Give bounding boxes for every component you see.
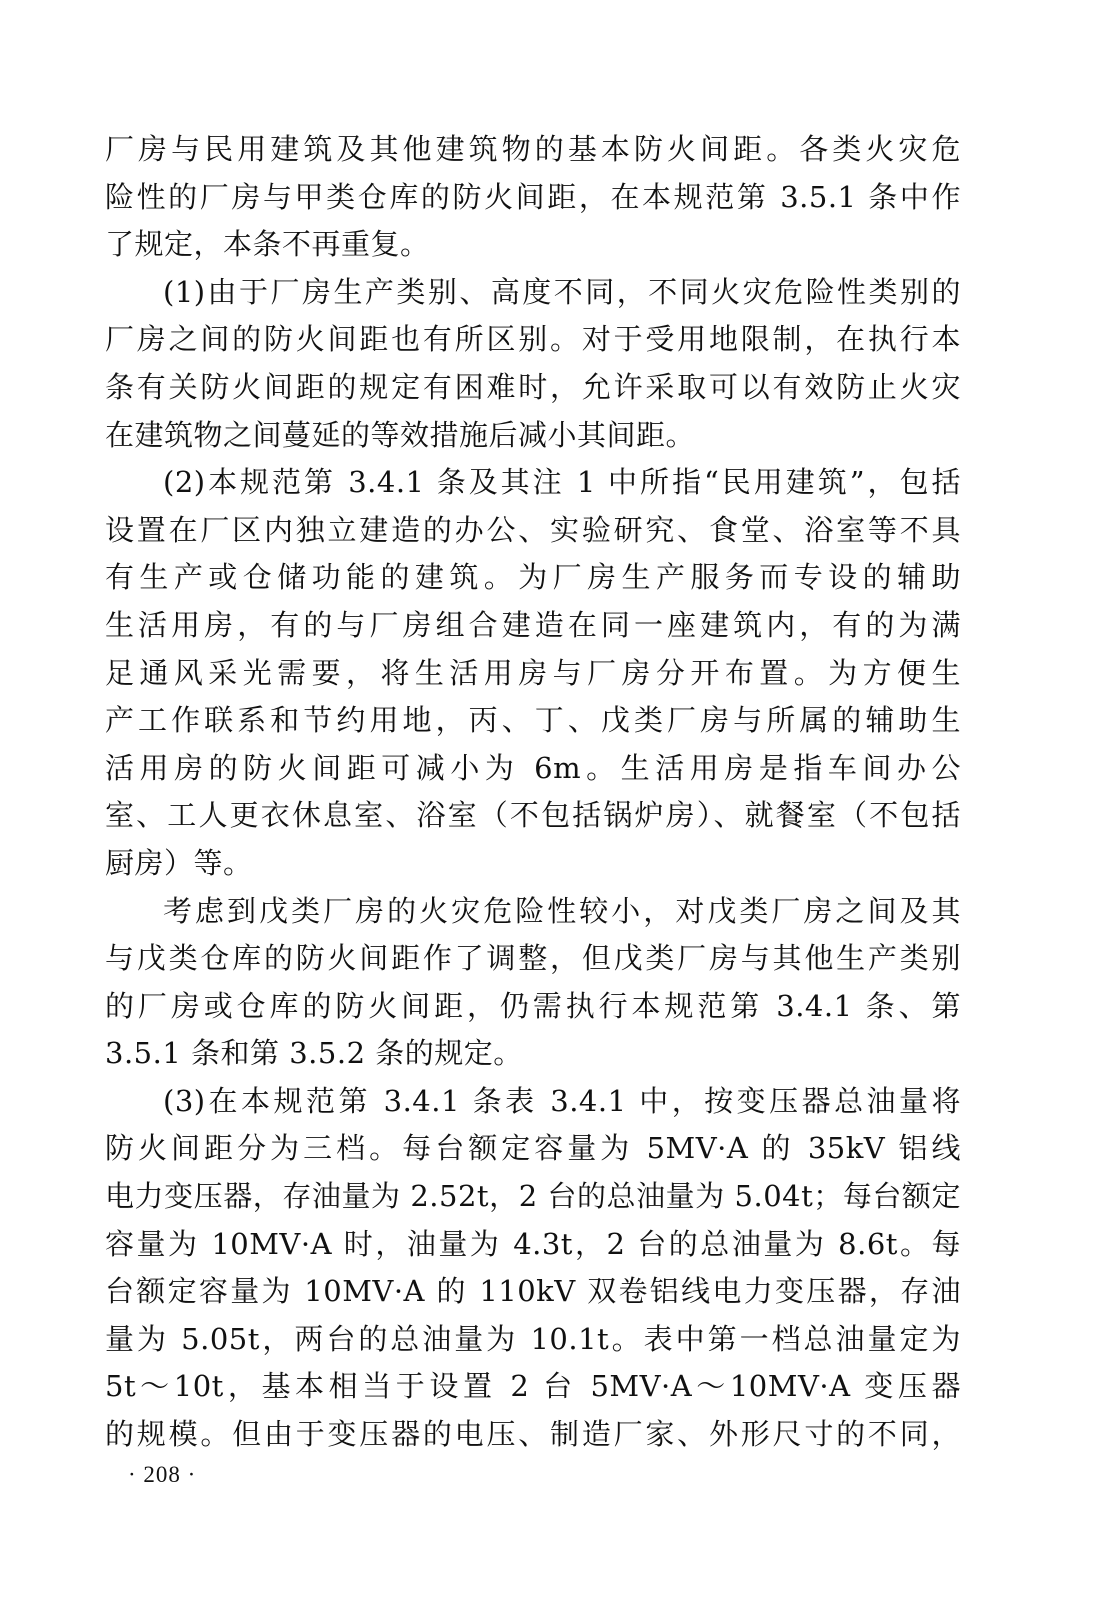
text-line: 险性的厂房与甲类仓库的防火间距，在本规范第 3.5.1 条中作	[105, 174, 961, 222]
text-line: 产工作联系和节约用地，丙、丁、戊类厂房与所属的辅助生	[105, 697, 961, 745]
text-line: 活用房的防火间距可减小为 6m。生活用房是指车间办公	[105, 745, 961, 793]
text-line: 室、工人更衣休息室、浴室（不包括锅炉房）、就餐室（不包括	[105, 792, 961, 840]
page-number: · 208 ·	[128, 1462, 196, 1488]
text-line: (1)由于厂房生产类别、高度不同，不同火灾危险性类别的	[105, 269, 961, 317]
text-line: 厂房与民用建筑及其他建筑物的基本防火间距。各类火灾危	[105, 126, 961, 174]
text-line: 与戊类仓库的防火间距作了调整，但戊类厂房与其他生产类别	[105, 935, 961, 983]
text-line: 量为 5.05t，两台的总油量为 10.1t。表中第一档总油量定为	[105, 1316, 961, 1364]
text-line: (3)在本规范第 3.4.1 条表 3.4.1 中，按变压器总油量将	[105, 1078, 961, 1126]
paragraph: (3)在本规范第 3.4.1 条表 3.4.1 中，按变压器总油量将 防火间距分…	[105, 1078, 961, 1459]
text-line: 条有关防火间距的规定有困难时，允许采取可以有效防止火灾	[105, 364, 961, 412]
text-line: 的规模。但由于变压器的电压、制造厂家、外形尺寸的不同，	[105, 1411, 961, 1459]
text-line: 设置在厂区内独立建造的办公、实验研究、食堂、浴室等不具	[105, 507, 961, 555]
text-line: 考虑到戊类厂房的火灾危险性较小，对戊类厂房之间及其	[105, 888, 961, 936]
paragraph: (1)由于厂房生产类别、高度不同，不同火灾危险性类别的 厂房之间的防火间距也有所…	[105, 269, 961, 459]
text-line: 足通风采光需要，将生活用房与厂房分开布置。为方便生	[105, 650, 961, 698]
text-line: 3.5.1 条和第 3.5.2 条的规定。	[105, 1030, 961, 1078]
paragraph: 厂房与民用建筑及其他建筑物的基本防火间距。各类火灾危 险性的厂房与甲类仓库的防火…	[105, 126, 961, 269]
text-line: 生活用房，有的与厂房组合建造在同一座建筑内，有的为满	[105, 602, 961, 650]
document-page: 厂房与民用建筑及其他建筑物的基本防火间距。各类火灾危 险性的厂房与甲类仓库的防火…	[105, 126, 961, 1459]
text-line: (2)本规范第 3.4.1 条及其注 1 中所指“民用建筑”，包括	[105, 459, 961, 507]
text-line: 在建筑物之间蔓延的等效措施后减小其间距。	[105, 412, 961, 460]
text-line: 了规定，本条不再重复。	[105, 221, 961, 269]
text-line: 容量为 10MV·A 时，油量为 4.3t，2 台的总油量为 8.6t。每	[105, 1221, 961, 1269]
text-line: 的厂房或仓库的防火间距，仍需执行本规范第 3.4.1 条、第	[105, 983, 961, 1031]
paragraph: (2)本规范第 3.4.1 条及其注 1 中所指“民用建筑”，包括 设置在厂区内…	[105, 459, 961, 887]
text-line: 台额定容量为 10MV·A 的 110kV 双卷铝线电力变压器，存油	[105, 1268, 961, 1316]
paragraph: 考虑到戊类厂房的火灾危险性较小，对戊类厂房之间及其 与戊类仓库的防火间距作了调整…	[105, 888, 961, 1078]
text-line: 厂房之间的防火间距也有所区别。对于受用地限制，在执行本	[105, 316, 961, 364]
text-line: 防火间距分为三档。每台额定容量为 5MV·A 的 35kV 铝线	[105, 1125, 961, 1173]
text-line: 电力变压器，存油量为 2.52t，2 台的总油量为 5.04t；每台额定	[105, 1173, 961, 1221]
text-line: 5t～10t，基本相当于设置 2 台 5MV·A～10MV·A 变压器	[105, 1363, 961, 1411]
text-line: 厨房）等。	[105, 840, 961, 888]
text-line: 有生产或仓储功能的建筑。为厂房生产服务而专设的辅助	[105, 554, 961, 602]
